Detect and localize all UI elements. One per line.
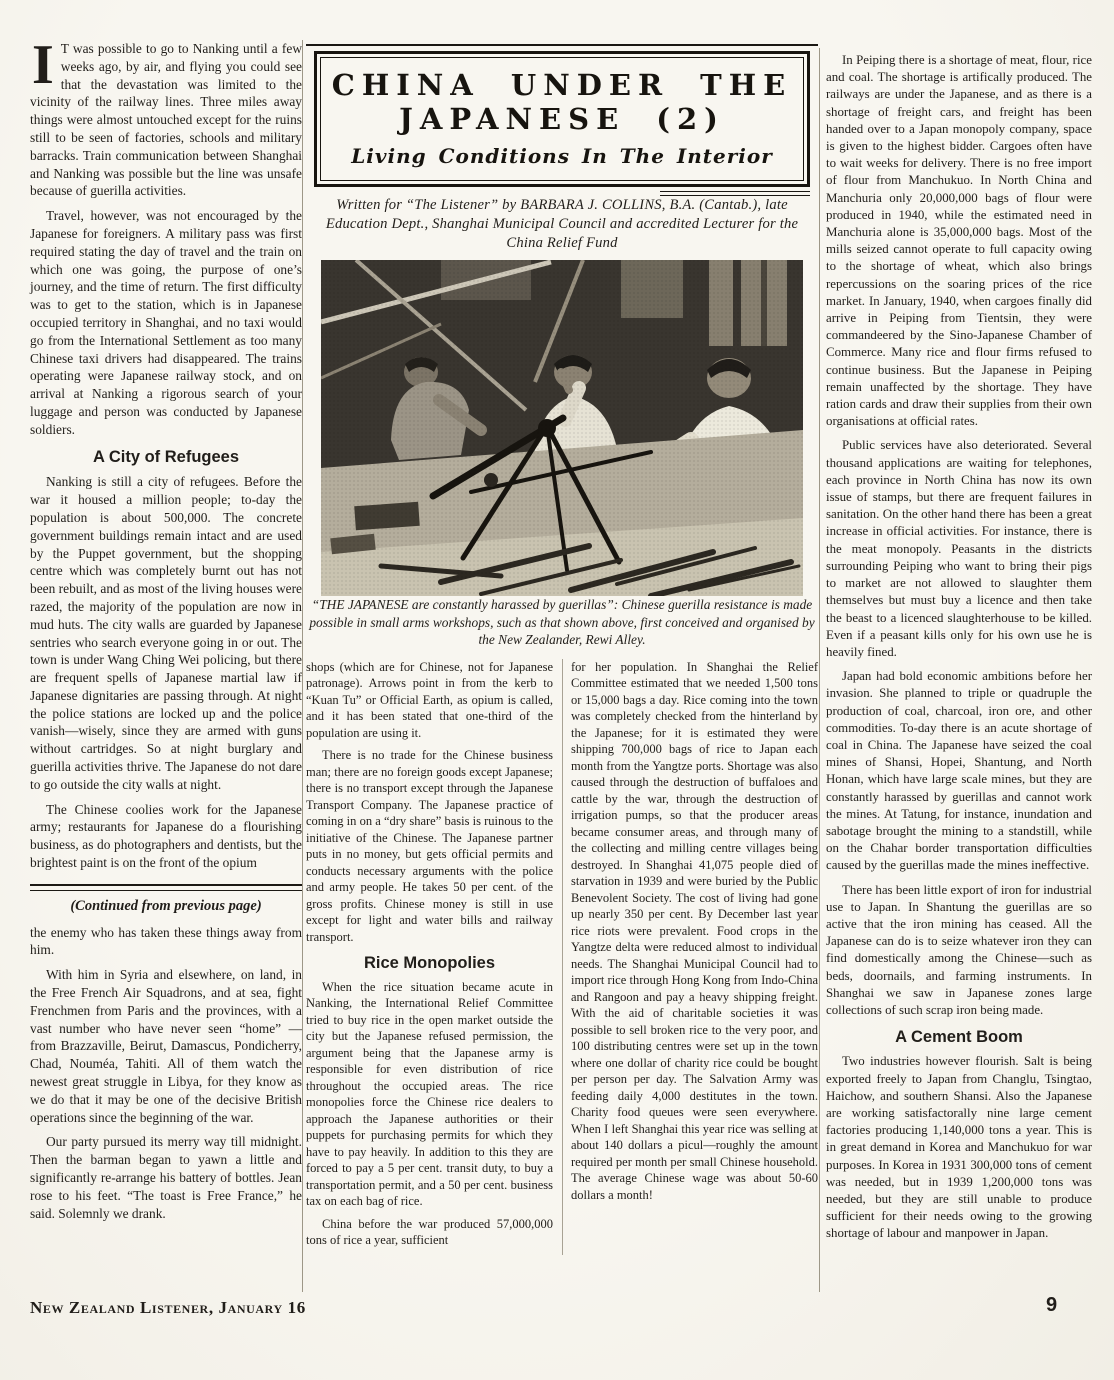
body-paragraph: When the rice situation became acute in …	[306, 979, 553, 1210]
body-paragraph: Japan had bold economic ambitions before…	[826, 668, 1092, 874]
column-middle-left: shops (which are for Chinese, not for Ja…	[306, 659, 553, 1255]
body-paragraph: There has been little export of iron for…	[826, 882, 1092, 1020]
body-paragraph: the enemy who has taken these things awa…	[30, 924, 302, 960]
article-middle-section: CHINA UNDER THE JAPANESE (2) Living Cond…	[306, 44, 818, 1255]
section-heading-rice-monopolies: Rice Monopolies	[306, 955, 553, 972]
body-paragraph: Travel, however, was not encouraged by t…	[30, 207, 302, 438]
workshop-photo	[321, 260, 803, 596]
page-number: 9	[1046, 1294, 1057, 1317]
body-paragraph: Nanking is still a city of refugees. Bef…	[30, 473, 302, 793]
top-rule	[306, 44, 818, 46]
double-rule	[30, 884, 302, 891]
photo-caption: “THE JAPANESE are constantly harassed by…	[306, 596, 818, 649]
body-paragraph: With him in Syria and elsewhere, on land…	[30, 966, 302, 1126]
body-paragraph: for her population. In Shanghai the Reli…	[571, 659, 818, 1204]
magazine-page: IT was possible to go to Nanking until a…	[0, 0, 1114, 1380]
body-paragraph: shops (which are for Chinese, not for Ja…	[306, 659, 553, 742]
headline-title-line1: CHINA UNDER THE	[329, 68, 795, 102]
column-middle-right: for her population. In Shanghai the Reli…	[571, 659, 818, 1255]
body-paragraph: There is no trade for the Chinese busine…	[306, 747, 553, 945]
middle-text-columns: shops (which are for Chinese, not for Ja…	[306, 659, 818, 1255]
byline: Written for “The Listener” by BARBARA J.…	[306, 196, 818, 253]
headline-subtitle: Living Conditions In The Interior	[329, 144, 795, 168]
body-paragraph: China before the war produced 57,000,000…	[306, 1216, 553, 1249]
paragraph-text: T was possible to go to Nanking until a …	[30, 41, 302, 198]
body-paragraph: Public services have also deteriorated. …	[826, 437, 1092, 661]
body-paragraph: In Peiping there is a shortage of meat, …	[826, 52, 1092, 430]
section-heading-city-of-refugees: A City of Refugees	[30, 449, 302, 467]
column-right: In Peiping there is a shortage of meat, …	[826, 52, 1092, 1250]
body-paragraph: The Chinese coolies work for the Japanes…	[30, 801, 302, 872]
body-paragraph: Two industries however flourish. Salt is…	[826, 1053, 1092, 1242]
headline-title-line2: JAPANESE (2)	[329, 102, 795, 136]
article-headline-box: CHINA UNDER THE JAPANESE (2) Living Cond…	[314, 51, 810, 187]
column-divider-right	[819, 48, 820, 1292]
continued-from-label: (Continued from previous page)	[30, 898, 302, 916]
drop-cap: I	[30, 40, 61, 87]
lead-paragraph: IT was possible to go to Nanking until a…	[30, 40, 302, 200]
column-divider-middle	[562, 659, 563, 1255]
section-heading-cement-boom: A Cement Boom	[826, 1029, 1092, 1046]
footer-masthead: New Zealand Listener, January 16	[30, 1298, 306, 1318]
headline-box-inner: CHINA UNDER THE JAPANESE (2) Living Cond…	[320, 57, 804, 181]
column-divider-left	[302, 40, 303, 1292]
body-paragraph: Our party pursued its merry way till mid…	[30, 1133, 302, 1222]
column-left: IT was possible to go to Nanking until a…	[30, 40, 302, 1229]
